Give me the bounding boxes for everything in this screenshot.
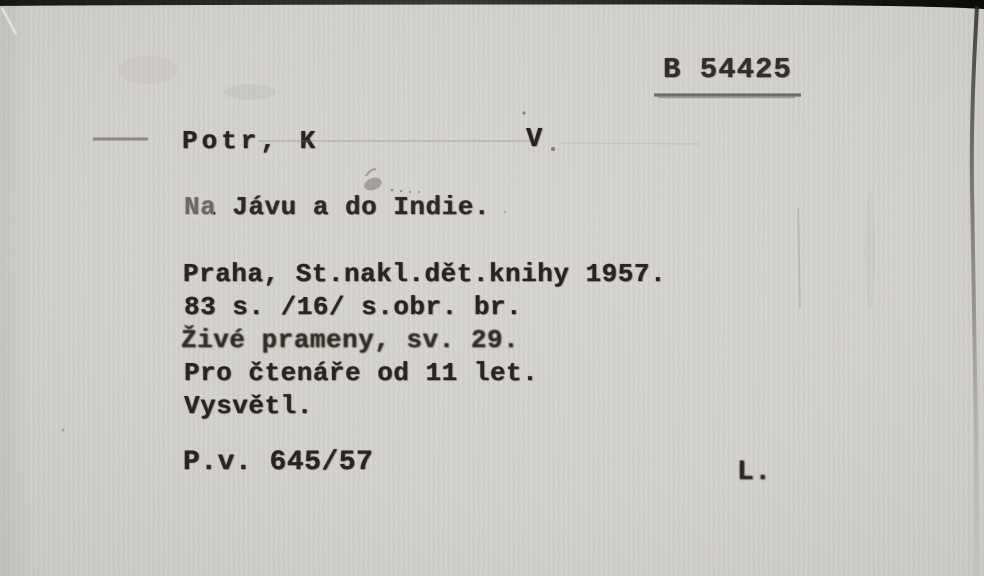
title-line: Na Jávu a do Indie.: [184, 194, 490, 220]
ink-speck: [551, 147, 555, 151]
accession-number: P.v. 645/57: [183, 449, 373, 477]
series-line: Živé prameny, sv. 29.: [181, 327, 519, 353]
corner-notch: [2, 8, 16, 34]
ink-smudge: [362, 175, 383, 192]
author-heading: Potr, K: [182, 128, 319, 154]
top-scan-edge: [0, 0, 984, 9]
call-number: B 54425: [663, 55, 792, 84]
filing-letter: V: [526, 127, 543, 154]
audience-line: Pro čtenáře od 11 let.: [184, 360, 538, 386]
cataloguer-initial: L.: [737, 459, 772, 487]
imprint-line: Praha, St.nakl.dět.knihy 1957.: [183, 261, 666, 287]
right-scan-edge: [972, 6, 977, 576]
catalog-card-scan: B 54425 Potr, K V Na Jávu a do Indie. Pr…: [0, 0, 984, 576]
collation-line: 83 s. /16/ s.obr. br.: [184, 294, 522, 320]
note-line: Vysvětl.: [184, 393, 313, 419]
